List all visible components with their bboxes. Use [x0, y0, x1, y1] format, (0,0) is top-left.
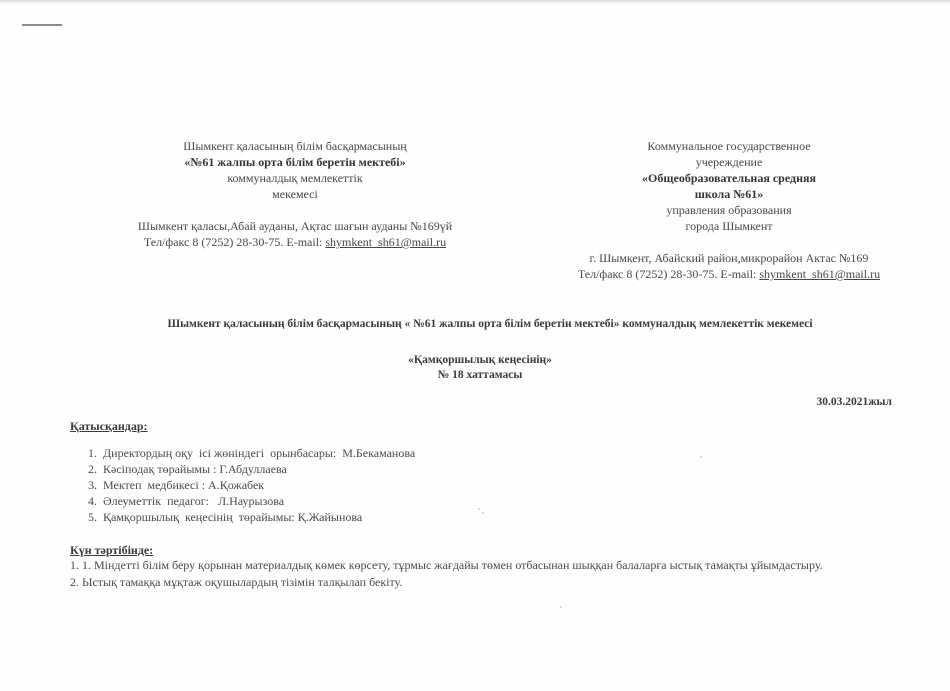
protocol-number: № 18 хаттамасы — [380, 368, 580, 383]
scan-speck — [482, 512, 484, 514]
kz-school-name: «№61 жалпы орта білім беретін мектебі» — [110, 154, 480, 170]
document-date: 30.03.2021жыл — [816, 396, 892, 408]
protocol-heading: «Қамқоршылық кеңесінің» № 18 хаттамасы — [380, 353, 580, 383]
ru-address: г. Шымкент, Абайский район,микрорайон Ак… — [548, 250, 910, 266]
kz-email-link[interactable]: shymkent_sh61@mail.ru — [325, 235, 446, 249]
organization-title: Шымкент қаласының білім басқармасының « … — [100, 318, 880, 330]
kz-line-4: мекемесі — [110, 186, 480, 202]
scan-speck — [478, 508, 480, 510]
kz-contact: Тел/факс 8 (7252) 28-30-75. E-mail: shym… — [110, 234, 480, 250]
participants-list: 1. Директордың оқу ісі жөніндегі орынбас… — [88, 445, 415, 525]
agenda-item: 1. 1. Міндетті білім беру қорынан матери… — [70, 557, 860, 574]
ru-phone: Тел/факс 8 (7252) 28-30-75. E-mail: — [578, 267, 759, 281]
ru-contact: Тел/факс 8 (7252) 28-30-75. E-mail: shym… — [548, 266, 910, 282]
kz-address: Шымкент қаласы,Абай ауданы, Ақтас шағын … — [110, 218, 480, 234]
participant-item: 5. Қамқоршылық кеңесінің төрайымы: Қ.Жай… — [88, 509, 415, 525]
agenda-heading: Күн тәртібінде: — [70, 543, 153, 558]
letterhead-kazakh: Шымкент қаласының білім басқармасының «№… — [110, 138, 480, 250]
letterhead-russian: Коммунальное государственное учереждение… — [548, 138, 910, 282]
ru-line-5: управления образования — [548, 202, 910, 218]
participant-item: 1. Директордың оқу ісі жөніндегі орынбас… — [88, 445, 415, 461]
agenda-item: 2. Ыстық тамаққа мұқтаж оқушылардың тізі… — [70, 574, 860, 591]
scan-speck — [700, 456, 702, 458]
kz-line-1: Шымкент қаласының білім басқармасының — [110, 138, 480, 154]
council-name: «Қамқоршылық кеңесінің» — [380, 353, 580, 368]
kz-line-3: коммуналдық мемлекеттік — [110, 170, 480, 186]
agenda-list: 1. 1. Міндетті білім беру қорынан матери… — [70, 557, 860, 591]
scanned-document-page: Шымкент қаласының білім басқармасының «№… — [0, 0, 950, 691]
participants-heading: Қатысқандар: — [70, 419, 148, 434]
scan-top-edge — [0, 0, 950, 3]
ru-line-2: учереждение — [548, 154, 910, 170]
kz-phone: Тел/факс 8 (7252) 28-30-75. E-mail: — [144, 235, 325, 249]
scan-speck — [560, 606, 562, 608]
ru-line-6: города Шымкент — [548, 218, 910, 234]
ru-school-name-2: школа №61» — [548, 186, 910, 202]
participant-item: 4. Әлеуметтік педагог: Л.Наурызова — [88, 493, 415, 509]
participant-item: 3. Мектеп медбикесі : А.Қожабек — [88, 477, 415, 493]
participant-item: 2. Кәсіподақ төрайымы : Г.Абдуллаева — [88, 461, 415, 477]
ru-line-1: Коммунальное государственное — [548, 138, 910, 154]
ru-email-link[interactable]: shymkent_sh61@mail.ru — [759, 267, 880, 281]
ru-school-name-1: «Общеобразовательная средняя — [548, 170, 910, 186]
scan-artifact-mark — [22, 24, 62, 26]
